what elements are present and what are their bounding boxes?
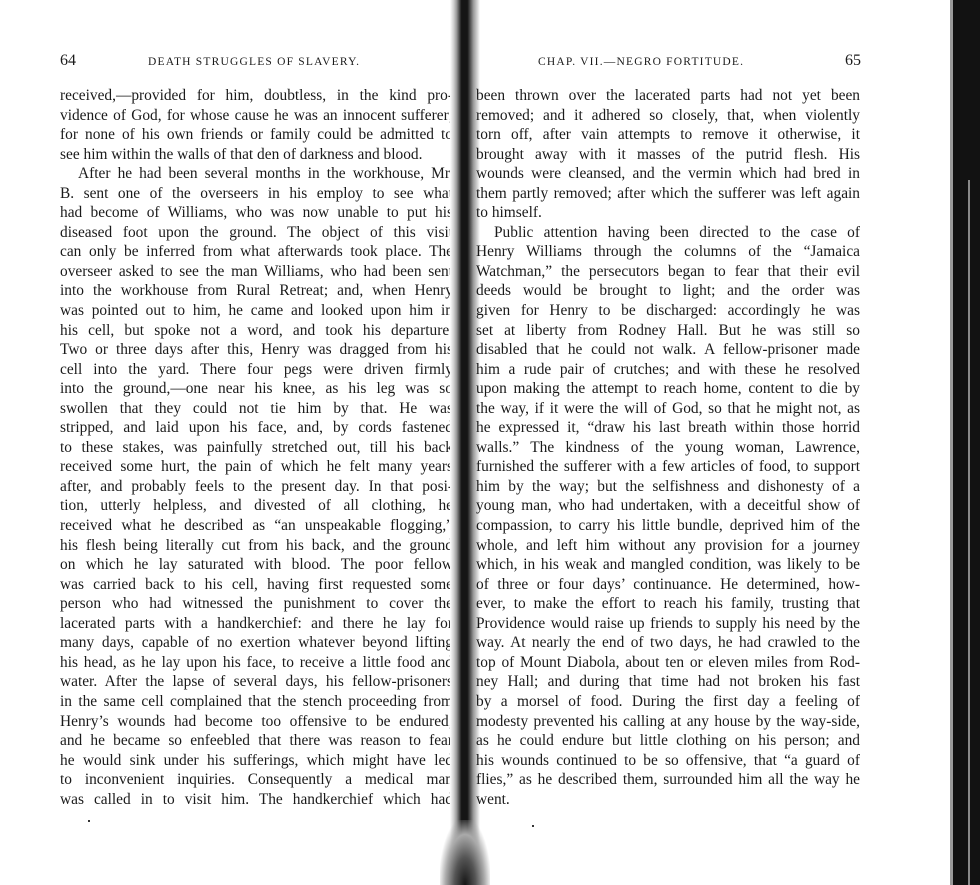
text-line: flies,” as he described them, surrounded… [476, 770, 860, 790]
text-line: can only be inferred from what afterward… [60, 242, 453, 262]
text-line: on which he lay saturated with blood. Th… [60, 555, 453, 575]
left-page: 64 DEATH STRUGGLES OF SLAVERY. received,… [0, 0, 456, 885]
right-page: CHAP. VII.—NEGRO FORTITUDE. 65 been thro… [470, 0, 870, 885]
text-line: person who had witnessed the punishment … [60, 594, 453, 614]
text-line: diseased foot upon the ground. The objec… [60, 223, 453, 243]
text-line: by a morsel of food. During the first da… [476, 692, 860, 712]
text-line: upon making the attempt to reach home, c… [476, 379, 860, 399]
text-line: of three or four days’ continuance. He d… [476, 575, 860, 595]
text-line: him a rude pair of crutches; and with th… [476, 360, 860, 380]
text-line: was called in to visit him. The handkerc… [60, 790, 453, 810]
text-line: vidence of God, for whose cause he was a… [60, 106, 453, 126]
text-line: compassion, to carry his little bundle, … [476, 516, 860, 536]
text-line: whole, and left him without any provisio… [476, 536, 860, 556]
text-line: see him within the walls of that den of … [60, 145, 453, 165]
right-body-text: been thrown over the lacerated parts had… [476, 86, 860, 809]
text-line: into the ground,—one near his knee, as h… [60, 379, 453, 399]
text-line: wounds were cleansed, and the vermin whi… [476, 164, 860, 184]
text-line: the way, if it were the will of God, so … [476, 399, 860, 419]
text-line: and he became so enfeebled that there wa… [60, 731, 453, 751]
text-line: him by the way; but the selfishness and … [476, 477, 860, 497]
scan-edge-shadow [950, 0, 980, 885]
text-line: torn off, after vain attempts to remove … [476, 125, 860, 145]
text-line: cell into the yard. There four pegs were… [60, 360, 453, 380]
text-line: way. At nearly the end of two days, he h… [476, 633, 860, 653]
text-line: was carried back to his cell, having fir… [60, 575, 453, 595]
text-line: walls.” The kindness of the young woman,… [476, 438, 860, 458]
text-line: received,—provided for him, doubtless, i… [60, 86, 453, 106]
text-line: ever, to make the effort to reach his fa… [476, 594, 860, 614]
text-line: swollen that they could not tie him by t… [60, 399, 453, 419]
text-line: given for Henry to be discharged: accord… [476, 301, 860, 321]
text-line: After he had been several months in the … [60, 164, 453, 184]
text-line: Henry Williams through the columns of th… [476, 242, 860, 262]
text-line: after, and probably feels to the present… [60, 477, 453, 497]
print-speck [88, 820, 90, 822]
running-head-right: CHAP. VII.—NEGRO FORTITUDE. [538, 56, 744, 76]
text-line: to himself. [476, 203, 860, 223]
text-line: received some hurt, the pain of which he… [60, 457, 453, 477]
text-line: young man, who had undertaken, with a de… [476, 496, 860, 516]
text-line: removed; and it adhered so closely, that… [476, 106, 860, 126]
text-line: modesty prevented his calling at any hou… [476, 712, 860, 732]
text-line: Two or three days after this, Henry was … [60, 340, 453, 360]
text-line: lacerated parts with a handkerchief: and… [60, 614, 453, 634]
print-speck [532, 825, 534, 827]
text-line: them partly removed; after which the suf… [476, 184, 860, 204]
text-line: brought away with it masses of the putri… [476, 145, 860, 165]
text-line: many days, capable of no exertion whatev… [60, 633, 453, 653]
text-line: his cell, but spoke not a word, and took… [60, 321, 453, 341]
page-number-left: 64 [60, 52, 76, 70]
text-line: he would sink under his sufferings, whic… [60, 751, 453, 771]
text-line: overseer asked to see the man Williams, … [60, 262, 453, 282]
text-line: B. sent one of the overseers in his empl… [60, 184, 453, 204]
text-line: received what he described as “an unspea… [60, 516, 453, 536]
text-line: top of Mount Diabola, about ten or eleve… [476, 653, 860, 673]
text-line: disabled that he could not walk. A fello… [476, 340, 860, 360]
left-body-text: received,—provided for him, doubtless, i… [60, 86, 453, 809]
text-line: been thrown over the lacerated parts had… [476, 86, 860, 106]
page-number-right: 65 [845, 52, 861, 70]
text-line: Public attention having been directed to… [476, 223, 860, 243]
text-line: had become of Williams, who was now unab… [60, 203, 453, 223]
text-line: went. [476, 790, 860, 810]
text-line: his head, as he lay upon his face, to re… [60, 653, 453, 673]
text-line: to these stakes, was painfully stretched… [60, 438, 453, 458]
text-line: furnished the sufferer with a few articl… [476, 457, 860, 477]
text-line: deeds would be brought to light; and the… [476, 281, 860, 301]
text-line: in the same cell complained that the ste… [60, 692, 453, 712]
text-line: his wounds continued to be so offensive,… [476, 751, 860, 771]
running-head-left: DEATH STRUGGLES OF SLAVERY. [148, 56, 360, 76]
text-line: he expressed it, “draw his last breath w… [476, 418, 860, 438]
text-line: water. After the lapse of several days, … [60, 672, 453, 692]
text-line: into the workhouse from Rural Retreat; a… [60, 281, 453, 301]
text-line: set at liberty from Rodney Hall. But he … [476, 321, 860, 341]
text-line: Providence would raise up friends to sup… [476, 614, 860, 634]
text-line: ney Hall; and during that time had not b… [476, 672, 860, 692]
scan-edge-stripe [968, 180, 970, 885]
text-line: as he could endure but little clothing o… [476, 731, 860, 751]
text-line: tion, utterly helpless, and divested of … [60, 496, 453, 516]
text-line: to inconvenient inquiries. Consequently … [60, 770, 453, 790]
text-line: Henry’s wounds had become too offensive … [60, 712, 453, 732]
text-line: which, in his weak and mangled condition… [476, 555, 860, 575]
text-line: for none of his own friends or family co… [60, 125, 453, 145]
text-line: was pointed out to him, he came and look… [60, 301, 453, 321]
text-line: Watchman,” the persecutors began to fear… [476, 262, 860, 282]
text-line: his flesh being literally cut from his b… [60, 536, 453, 556]
text-line: stripped, and laid upon his face, and, b… [60, 418, 453, 438]
